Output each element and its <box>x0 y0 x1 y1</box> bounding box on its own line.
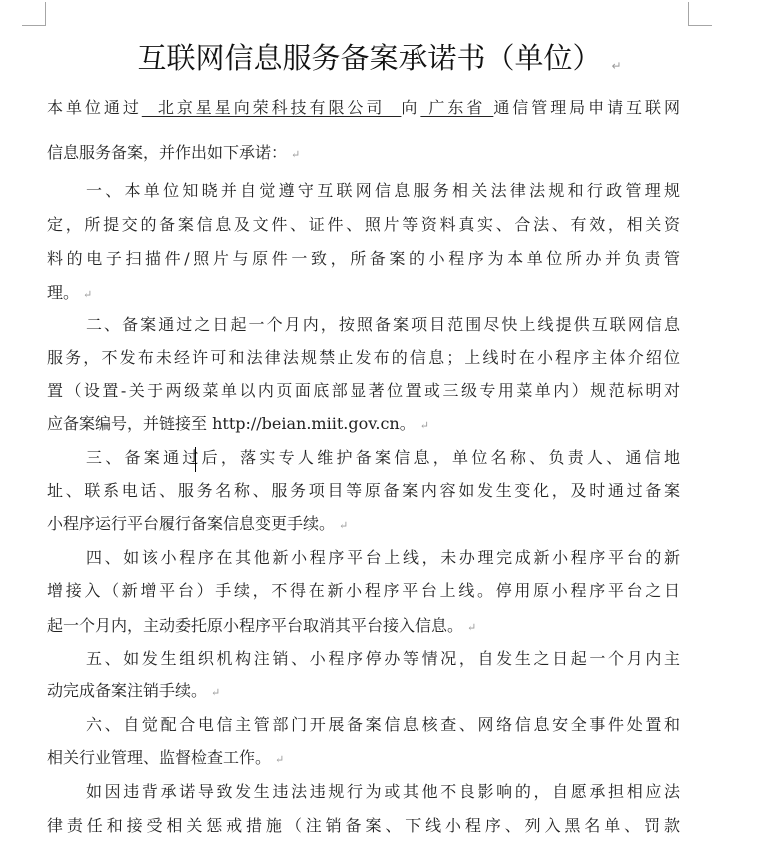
paragraph-3-line-3: 小程序运行平台履行备案信息变更手续。↵ <box>47 511 680 537</box>
paragraph-1-line-4: 理。↵ <box>47 280 680 306</box>
paragraph-3-line-3-text: 小程序运行平台履行备案信息变更手续。 <box>47 514 335 533</box>
intro-prefix: 本单位通过 <box>47 98 142 117</box>
document-title: 互联网信息服务备案承诺书（单位）↵ <box>0 38 759 86</box>
paragraph-mark-icon: ↵ <box>420 419 429 432</box>
paragraph-mark-icon: ↵ <box>611 59 621 73</box>
company-name-field[interactable]: 北京星星向荣科技有限公司 <box>142 98 402 117</box>
paragraph-4-line-3-text: 起一个月内，主动委托原小程序平台取消其平台接入信息。 <box>47 616 463 635</box>
intro-suffix: 通信管理局申请互联网 <box>493 98 680 117</box>
paragraph-mark-icon: ↵ <box>275 753 284 766</box>
paragraph-2-line-1: 二、备案通过之日起一个月内，按照备案项目范围尽快上线提供互联网信息 <box>86 312 680 338</box>
paragraph-6-line-1: 六、自觉配合电信主管部门开展备案信息核查、网络信息安全事件处置和 <box>86 712 680 738</box>
page-corner-mark-top-right <box>688 2 712 26</box>
paragraph-2-line-4: 应备案编号，并链接至 http://beian.miit.gov.cn。↵ <box>47 411 680 437</box>
paragraph-7-line-1: 如因违背承诺导致发生违法违规行为或其他不良影响的，自愿承担相应法 <box>86 779 680 805</box>
paragraph-mark-icon: ↵ <box>211 686 220 699</box>
paragraph-3-line-2: 址、联系电话、服务名称、服务项目等原备案内容如发生变化，及时通过备案 <box>47 478 680 504</box>
paragraph-1-line-3: 料的电子扫描件/照片与原件一致，所备案的小程序为本单位所办并负责管 <box>47 246 680 272</box>
paragraph-7-line-2: 律责任和接受相关惩戒措施（注销备案、下线小程序、列入黑名单、罚款 <box>47 813 680 839</box>
paragraph-2-line-2: 服务，不发布未经许可和法律法规禁止发布的信息；上线时在小程序主体介绍位 <box>47 345 680 371</box>
paragraph-mark-icon: ↵ <box>83 288 92 301</box>
page-corner-mark-top-left <box>22 2 46 26</box>
paragraph-3-line-1: 三、备案通过后，落实专人维护备案信息，单位名称、负责人、通信地 <box>86 445 680 471</box>
paragraph-4-line-1: 四、如该小程序在其他新小程序平台上线，未办理完成新小程序平台的新 <box>86 545 680 571</box>
intro-to: 向 <box>401 98 420 117</box>
text-cursor <box>195 447 196 472</box>
paragraph-5-line-2: 动完成备案注销手续。↵ <box>47 678 680 704</box>
paragraph-5-line-1: 五、如发生组织机构注销、小程序停办等情况，自发生之日起一个月内主 <box>86 646 680 672</box>
paragraph-5-line-2-text: 动完成备案注销手续。 <box>47 681 207 700</box>
document-title-text: 互联网信息服务备案承诺书（单位） <box>137 41 601 75</box>
paragraph-4-line-3: 起一个月内，主动委托原小程序平台取消其平台接入信息。↵ <box>47 613 680 639</box>
paragraph-6-line-2-text: 相关行业管理、监督检查工作。 <box>47 748 271 767</box>
paragraph-1-line-4-text: 理。 <box>47 283 79 302</box>
paragraph-2-line-3: 置（设置-关于两级菜单以内页面底部显著位置或三级专用菜单内）规范标明对 <box>47 378 680 404</box>
paragraph-1-line-1: 一、本单位知晓并自觉遵守互联网信息服务相关法律法规和行政管理规 <box>86 178 680 204</box>
intro-line-1: 本单位通过 北京星星向荣科技有限公司 向 广东省 通信管理局申请互联网 <box>47 95 680 121</box>
paragraph-mark-icon: ↵ <box>291 148 300 161</box>
paragraph-4-line-2: 增接入（新增平台）手续，不得在新小程序平台上线。停用原小程序平台之日 <box>47 578 680 604</box>
paragraph-mark-icon: ↵ <box>467 621 476 634</box>
intro-line-2-text: 信息服务备案，并作出如下承诺： <box>47 143 287 162</box>
paragraph-mark-icon: ↵ <box>339 519 348 532</box>
province-field[interactable]: 广东省 <box>420 98 493 117</box>
intro-line-2: 信息服务备案，并作出如下承诺：↵ <box>47 140 680 166</box>
paragraph-6-line-2: 相关行业管理、监督检查工作。↵ <box>47 745 680 771</box>
paragraph-2-line-4-text: 应备案编号，并链接至 http://beian.miit.gov.cn。 <box>47 414 416 433</box>
paragraph-1-line-2: 定，所提交的备案信息及文件、证件、照片等资料真实、合法、有效，相关资 <box>47 212 680 238</box>
